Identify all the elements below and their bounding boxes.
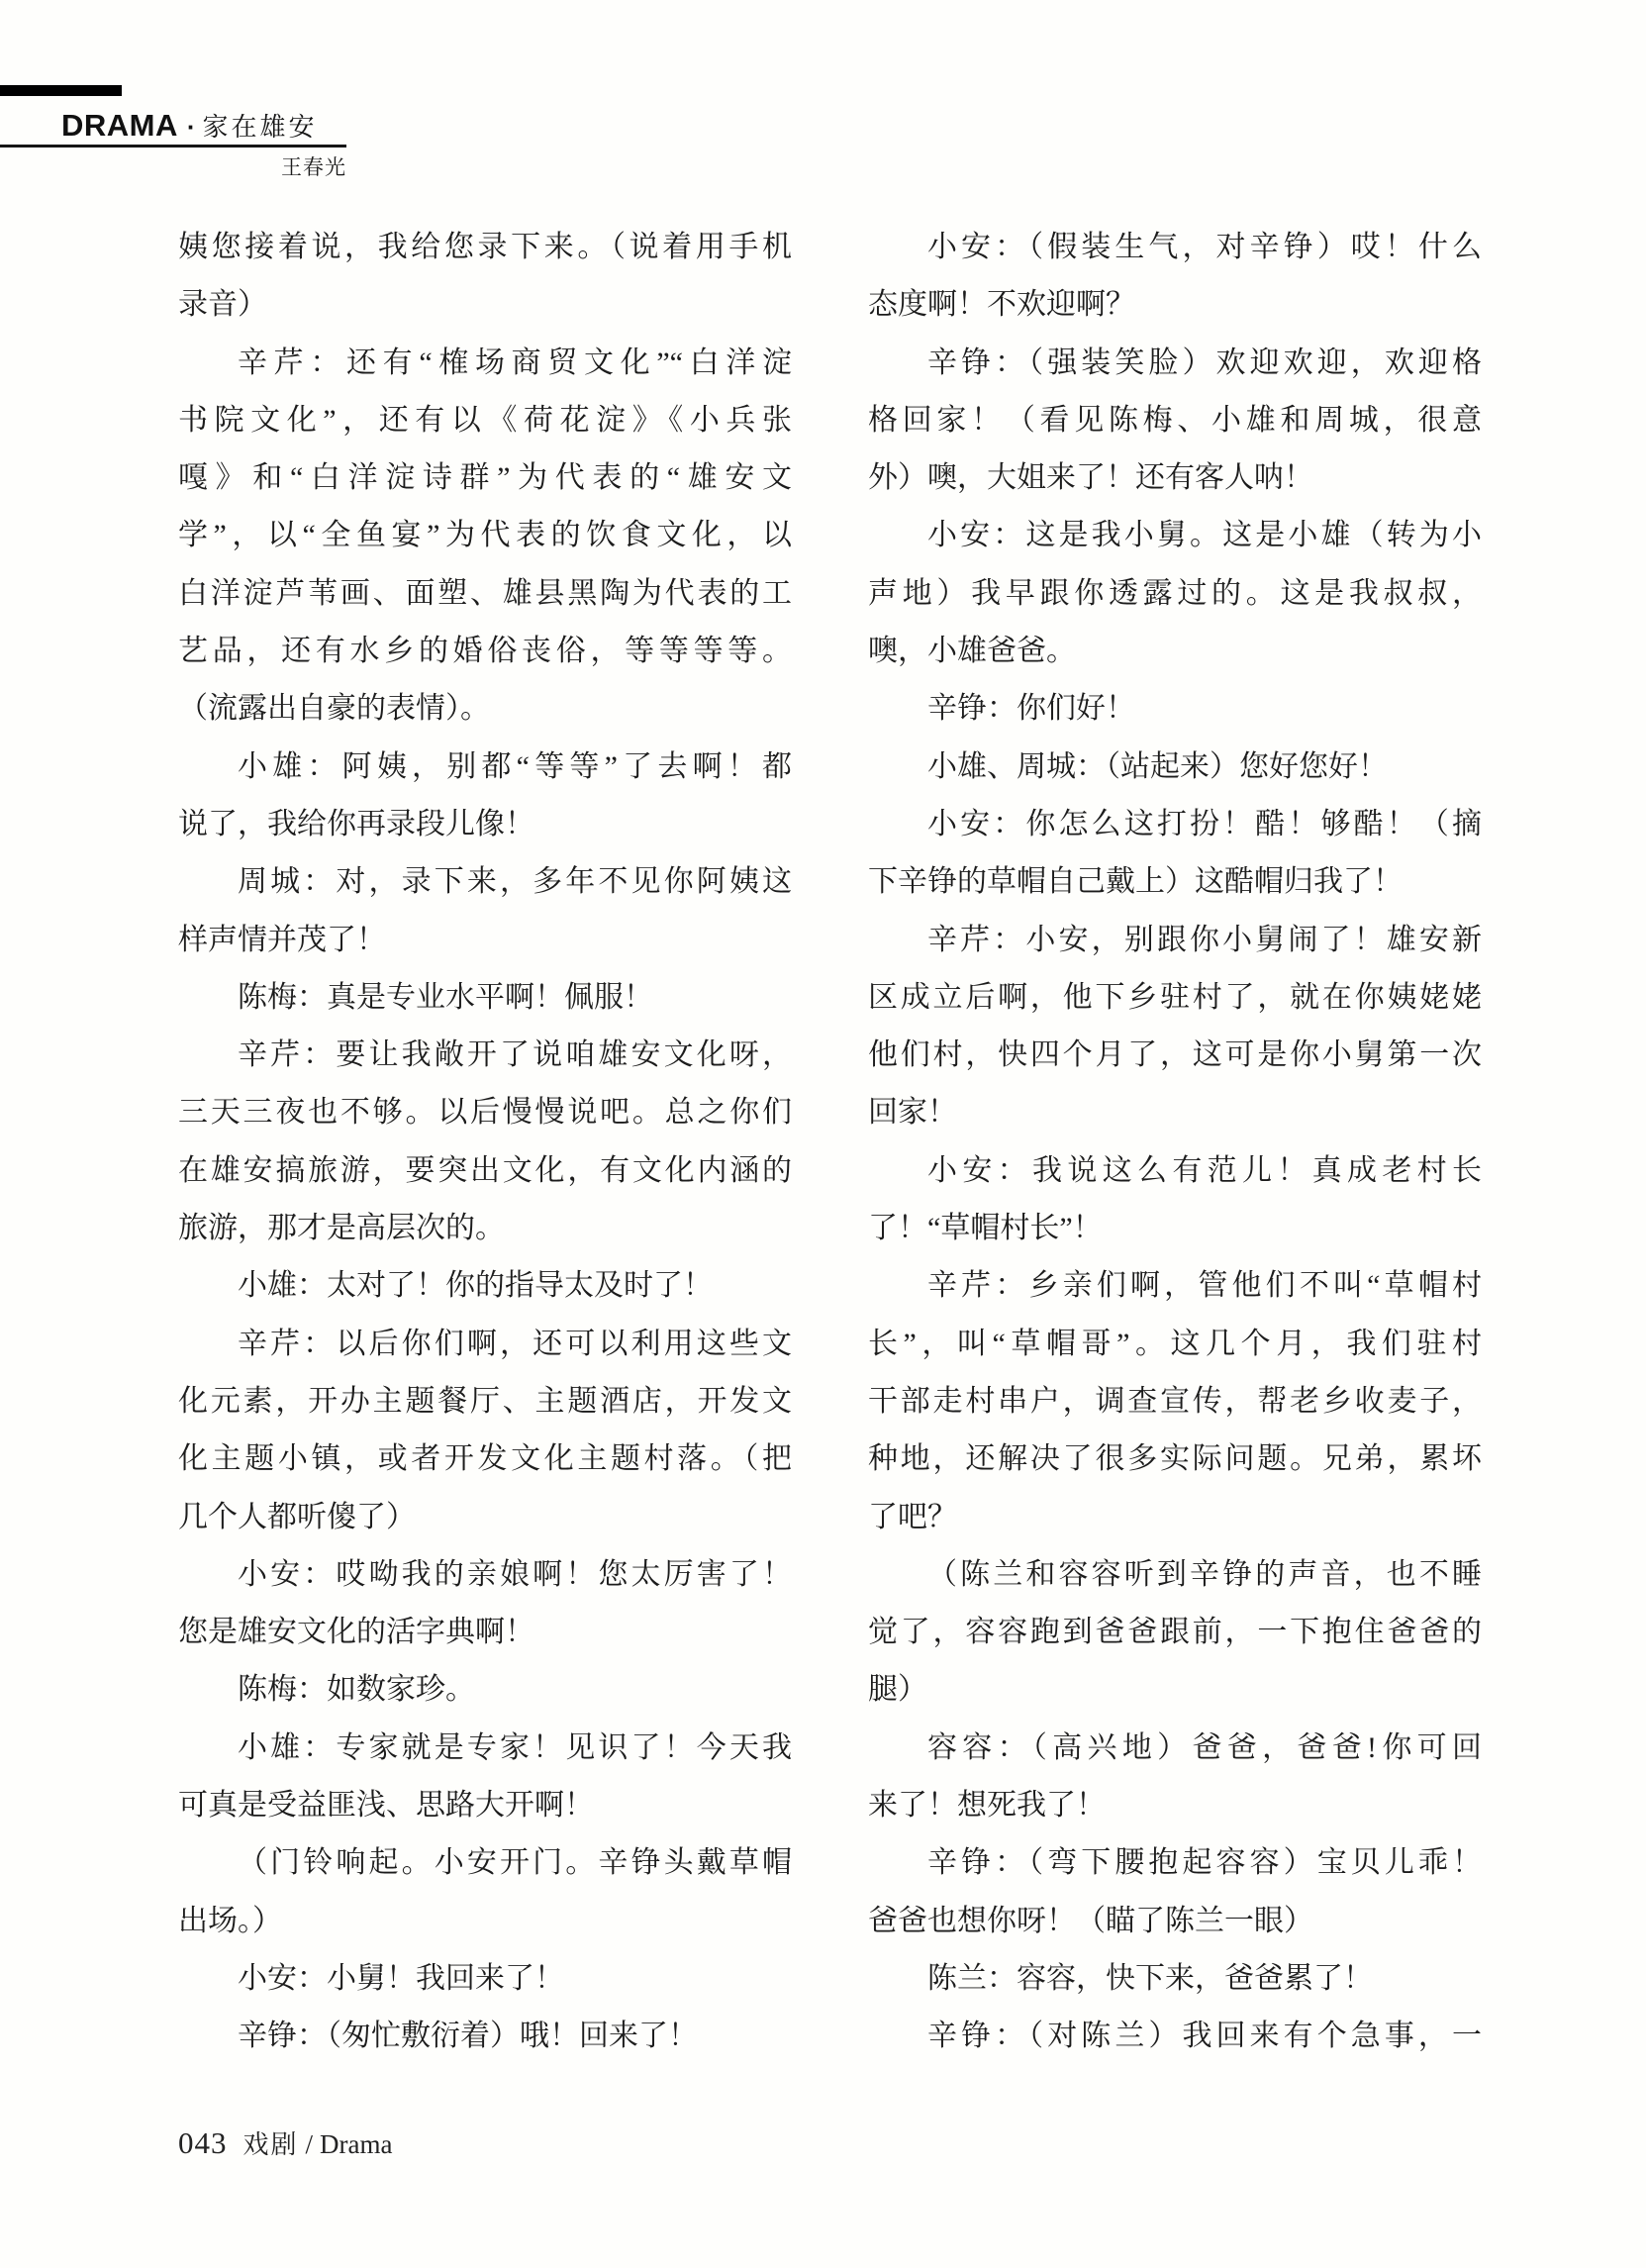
script-line: 下辛铮的草帽自己戴上）这酷帽归我了！ [868, 853, 1482, 911]
script-line: 容容：（高兴地）爸爸，爸爸!你可回 [868, 1720, 1482, 1777]
script-line: 态度啊！不欢迎啊？ [868, 276, 1482, 334]
script-line: 小雄：专家就是专家！见识了！今天我 [178, 1720, 792, 1777]
script-line: 外）噢，大姐来了！还有客人呐！ [868, 449, 1482, 507]
script-line: 小安：小舅！我回来了！ [178, 1950, 792, 2008]
script-line: 出场。） [178, 1893, 792, 1950]
footer-section-en: Drama [320, 2129, 392, 2160]
script-line: 小雄、周城：（站起来）您好您好！ [868, 739, 1482, 796]
script-line: 化元素，开办主题餐厅、主题酒店，开发文 [178, 1373, 792, 1430]
script-line: 种地，还解决了很多实际问题。兄弟，累坏 [868, 1430, 1482, 1488]
script-line: 在雄安搞旅游，要突出文化，有文化内涵的 [178, 1142, 792, 1200]
script-line: 小安：这是我小舅。这是小雄（转为小 [868, 507, 1482, 564]
script-line: 小安：（假装生气，对辛铮）哎！什么 [868, 219, 1482, 276]
script-line: 陈梅：如数家珍。 [178, 1661, 792, 1719]
script-line: 三天三夜也不够。以后慢慢说吧。总之你们 [178, 1084, 792, 1141]
script-line: 格回家！（看见陈梅、小雄和周城，很意 [868, 392, 1482, 449]
script-line: 辛铮：（强装笑脸）欢迎欢迎，欢迎格 [868, 335, 1482, 392]
script-line: 噢，小雄爸爸。 [868, 623, 1482, 680]
script-column-left: 姨您接着说，我给您录下来。（说着用手机录音）辛芹：还有“榷场商贸文化”“白洋淀书… [178, 219, 792, 2066]
script-line: 辛芹：要让我敞开了说咱雄安文化呀， [178, 1027, 792, 1084]
magazine-page: DRAMA · 家在雄安 王春光 姨您接着说，我给您录下来。（说着用手机录音）辛… [0, 0, 1646, 2268]
script-line: 小安：你怎么这打扮！酷！够酷！（摘 [868, 796, 1482, 853]
script-line: 嘎》和“白洋淀诗群”为代表的“雄安文 [178, 449, 792, 507]
script-line: 了吧？ [868, 1489, 1482, 1546]
script-line: 辛铮：（对陈兰）我回来有个急事，一 [868, 2008, 1482, 2065]
script-line: 可真是受益匪浅、思路大开啊！ [178, 1777, 792, 1834]
script-line: 觉了，容容跑到爸爸跟前，一下抱住爸爸的 [868, 1604, 1482, 1661]
script-line: 陈梅：真是专业水平啊！佩服！ [178, 969, 792, 1027]
script-line: 您是雄安文化的活字典啊！ [178, 1604, 792, 1661]
script-line: 几个人都听傻了） [178, 1489, 792, 1546]
script-line: （门铃响起。小安开门。辛铮头戴草帽 [178, 1834, 792, 1892]
script-line: 小雄：太对了！你的指导太及时了！ [178, 1257, 792, 1315]
section-masthead: DRAMA · 家在雄安 [61, 107, 318, 143]
script-line: 周城：对，录下来，多年不见你阿姨这 [178, 853, 792, 911]
section-label-en: DRAMA [61, 108, 178, 144]
script-line: （陈兰和容容听到辛铮的声音，也不睡 [868, 1546, 1482, 1604]
script-line: 说了，我给你再录段儿像！ [178, 796, 792, 853]
play-title: 家在雄安 [203, 107, 318, 144]
script-line: 书院文化”，还有以《荷花淀》《小兵张 [178, 392, 792, 449]
script-line: 干部走村串户，调查宣传，帮老乡收麦子， [868, 1373, 1482, 1430]
footer-section-zh: 戏剧 [243, 2124, 299, 2161]
script-line: 腿） [868, 1661, 1482, 1719]
script-line: 来了！想死我了！ [868, 1777, 1482, 1834]
top-left-black-bar [0, 85, 122, 96]
script-line: 化主题小镇，或者开发文化主题村落。（把 [178, 1430, 792, 1488]
script-line: 辛铮：（弯下腰抱起容容）宝贝儿乖！ [868, 1834, 1482, 1892]
script-line: 辛芹：还有“榷场商贸文化”“白洋淀 [178, 335, 792, 392]
script-line: 辛芹：小安，别跟你小舅闹了！雄安新 [868, 912, 1482, 969]
page-number: 043 [178, 2125, 228, 2161]
script-line: 陈兰：容容，快下来，爸爸累了！ [868, 1950, 1482, 2008]
script-line: 爸爸也想你呀！（瞄了陈兰一眼） [868, 1893, 1482, 1950]
script-line: 声地）我早跟你透露过的。这是我叔叔， [868, 565, 1482, 623]
header-rule [0, 145, 346, 148]
script-line: 辛铮：你们好！ [868, 680, 1482, 738]
script-line: 长”，叫“草帽哥”。这几个月，我们驻村 [868, 1316, 1482, 1373]
script-column-right: 小安：（假装生气，对辛铮）哎！什么态度啊！不欢迎啊？辛铮：（强装笑脸）欢迎欢迎，… [868, 219, 1482, 2066]
masthead-separator-dot: · [187, 112, 196, 143]
script-line: 录音） [178, 276, 792, 334]
script-line: 小安：我说这么有范儿！真成老村长 [868, 1142, 1482, 1200]
script-line: 小雄：阿姨，别都“等等”了去啊！都 [178, 739, 792, 796]
script-line: 了！“草帽村长”！ [868, 1200, 1482, 1257]
script-line: 艺品，还有水乡的婚俗丧俗，等等等等。 [178, 623, 792, 680]
author-name: 王春光 [0, 151, 346, 181]
script-line: 旅游，那才是高层次的。 [178, 1200, 792, 1257]
script-line: 辛芹：以后你们啊，还可以利用这些文 [178, 1316, 792, 1373]
script-line: 辛铮：（匆忙敷衍着）哦！回来了！ [178, 2008, 792, 2065]
script-line: 小安：哎呦我的亲娘啊！您太厉害了！ [178, 1546, 792, 1604]
script-line: 回家！ [868, 1084, 1482, 1141]
footer-divider: / [306, 2129, 314, 2160]
script-line: 他们村，快四个月了，这可是你小舅第一次 [868, 1027, 1482, 1084]
script-line: 姨您接着说，我给您录下来。（说着用手机 [178, 219, 792, 276]
script-line: 辛芹：乡亲们啊，管他们不叫“草帽村 [868, 1257, 1482, 1315]
script-line: 区成立后啊，他下乡驻村了，就在你姨姥姥 [868, 969, 1482, 1027]
script-line: 白洋淀芦苇画、面塑、雄县黑陶为代表的工 [178, 565, 792, 623]
script-line: （流露出自豪的表情）。 [178, 680, 792, 738]
page-footer: 043 戏剧 / Drama [178, 2124, 393, 2161]
script-line: 样声情并茂了！ [178, 912, 792, 969]
script-line: 学”，以“全鱼宴”为代表的饮食文化，以 [178, 507, 792, 564]
